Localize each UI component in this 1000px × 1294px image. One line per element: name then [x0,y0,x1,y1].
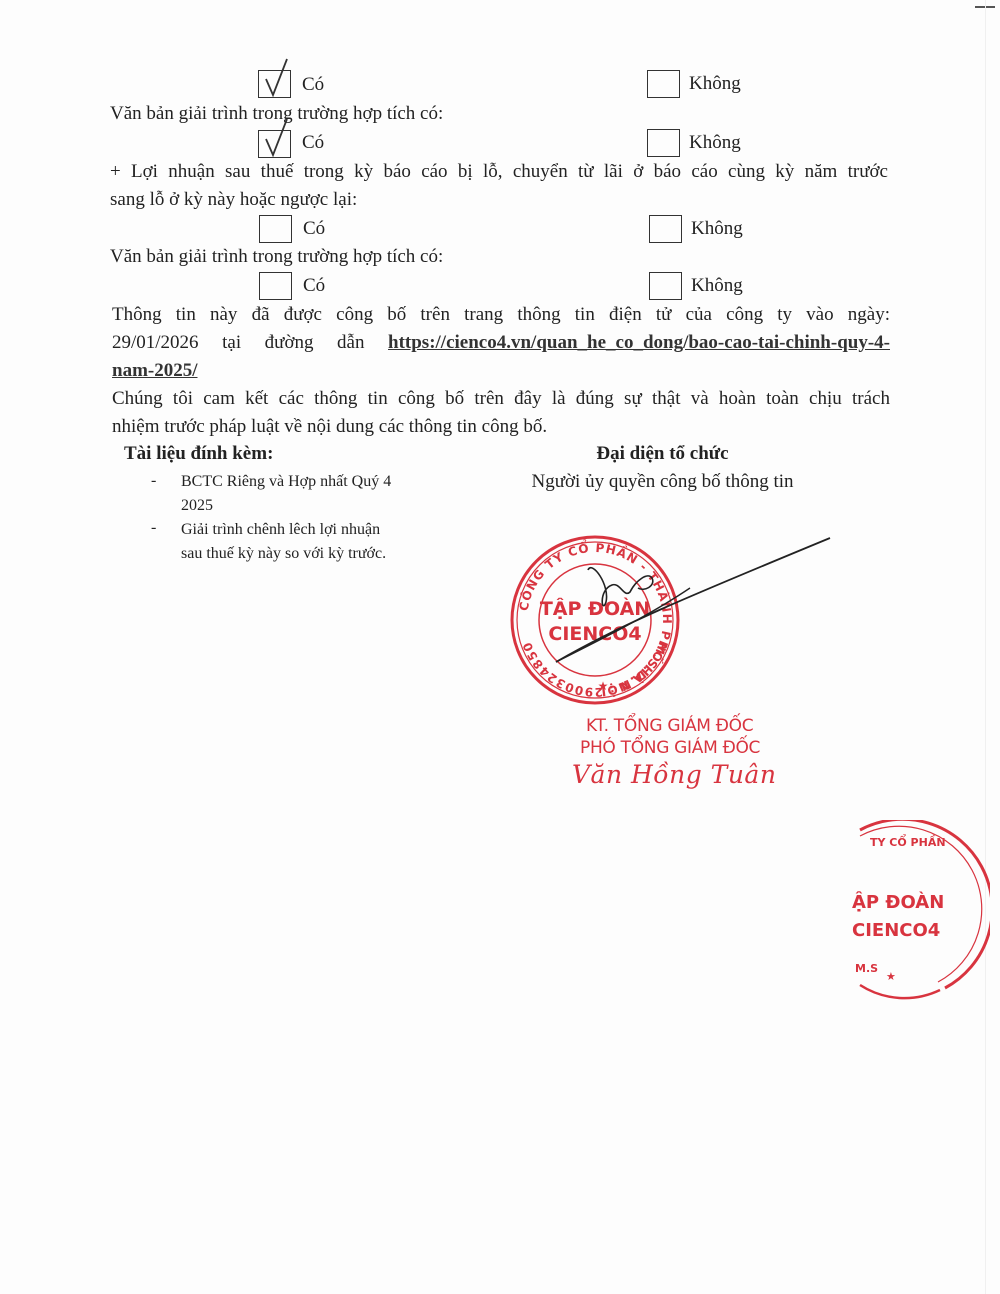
publication-link[interactable]: https://cienco4.vn/quan_he_co_dong/bao-c… [388,332,890,353]
question-text: sang lỗ ở kỳ này hoặc ngược lại: [110,188,357,212]
signer-title: KT. TỔNG GIÁM ĐỐC [586,716,753,736]
checkbox-q1-explanation-khong[interactable] [647,129,680,157]
bullet-dash: - [151,472,156,490]
commitment-text: nhiệm trước pháp luật về nội dung các th… [112,415,547,439]
checkbox-label: Không [689,131,741,155]
attachment-item: BCTC Riêng và Hợp nhất Quý 4 [181,470,391,494]
attachment-item: sau thuế kỳ này so với kỳ trước. [181,542,386,566]
question-text: + Lợi nhuận sau thuế trong kỳ báo cáo bị… [110,160,888,184]
checkbox-q1-explanation-co[interactable] [258,130,291,158]
checkbox-label: Có [303,217,325,241]
partial-stamp-bottom: M.S [855,962,878,975]
page-edge [985,0,986,1294]
signer-name: Văn Hồng Tuân [572,760,776,789]
checkbox-label: Có [302,131,324,155]
checkbox-q1-khong[interactable] [647,70,680,98]
publication-date-text: 29/01/2026 tại đường dẫn [112,332,388,353]
checkbox-label: Có [303,274,325,298]
representative-title: Đại diện tổ chức [520,443,805,465]
checkbox-q2-explanation-co[interactable] [259,272,292,300]
checkbox-q2-khong[interactable] [649,215,682,243]
partial-stamp-line1: ẬP ĐOÀN [852,891,944,913]
bullet-dash: - [151,519,156,537]
document-page: Có Không Văn bản giải trình trong trường… [0,0,1000,1294]
checkbox-q2-explanation-khong[interactable] [649,272,682,300]
commitment-text: Chúng tôi cam kết các thông tin công bố … [112,387,890,411]
star-icon: ★ [598,679,609,693]
publication-link[interactable]: nam-2025/ [112,360,198,381]
publication-text: Thông tin này đã được công bố trên trang… [112,303,890,327]
checkbox-label: Không [691,274,743,298]
representative-subtitle: Người ủy quyền công bố thông tin [505,471,820,493]
signer-position: PHÓ TỔNG GIÁM ĐỐC [580,738,760,758]
checkbox-label: Có [302,73,324,97]
attachments-title: Tài liệu đính kèm: [124,443,273,465]
publication-link-line: nam-2025/ [112,359,198,383]
star-icon: ★ [886,971,896,983]
checkbox-q1-co[interactable] [258,70,291,98]
attachment-item: 2025 [181,494,213,518]
question-text: Văn bản giải trình trong trường hợp tích… [110,245,443,269]
checkmark-icon [261,57,291,99]
checkbox-q2-co[interactable] [259,215,292,243]
partial-stamp-top: TY CỔ PHẦN [870,834,946,849]
checkbox-label: Không [689,72,741,96]
publication-link-line: 29/01/2026 tại đường dẫn https://cienco4… [112,331,890,355]
signature [540,530,840,670]
checkmark-icon [261,117,291,159]
checkbox-label: Không [691,217,743,241]
partial-stamp-line2: CIENCO4 [852,920,940,941]
partial-stamp: ẬP ĐOÀN CIENCO4 TY CỔ PHẦN M.S ★ [830,820,990,1000]
attachment-item: Giải trình chênh lêch lợi nhuận [181,518,380,542]
